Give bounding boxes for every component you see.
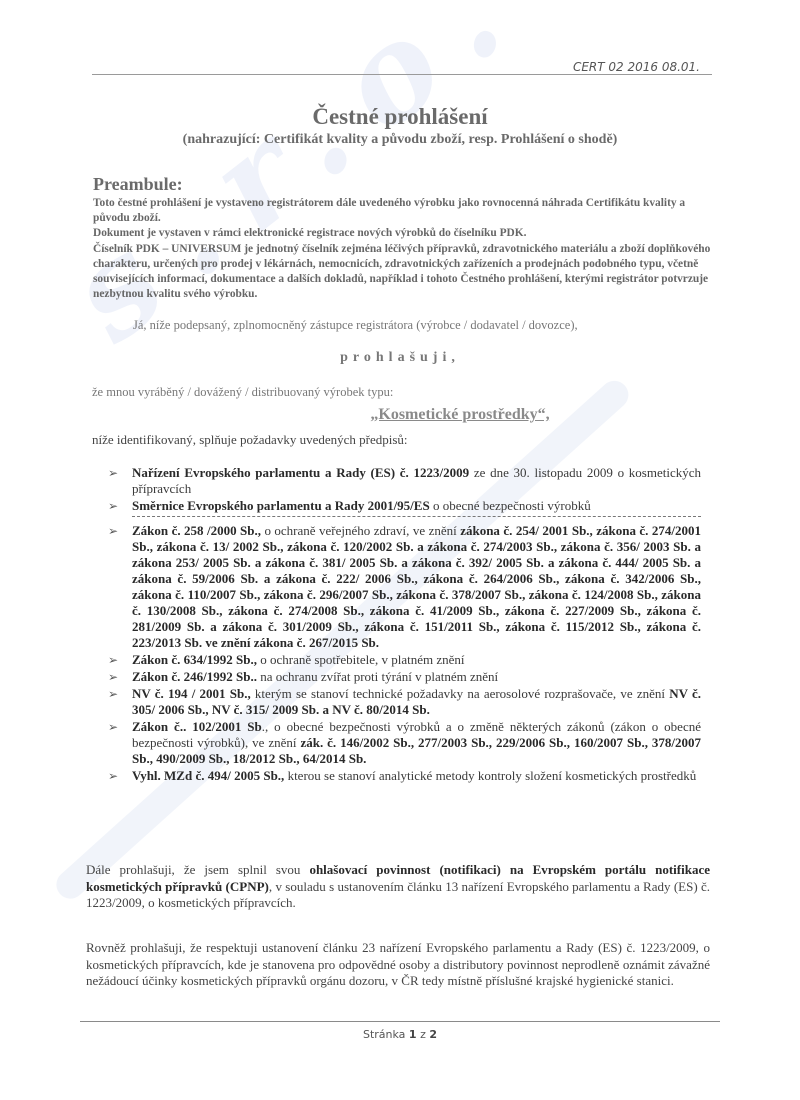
arrowhead-bullet-icon: ➢ [108, 669, 132, 685]
regulation-item: ➢NV č. 194 / 2001 Sb., kterým se stanoví… [108, 686, 701, 718]
document-subtitle: (nahrazující: Certifikát kvality a původ… [0, 132, 800, 148]
regulations-cz: ➢Zákon č. 258 /2000 Sb., o ochraně veřej… [108, 523, 701, 784]
notification-paragraph: Dále prohlašuji, že jsem splnil svou ohl… [86, 862, 710, 912]
preamble-paragraph: Číselník PDK – UNIVERSUM je jednotný čís… [93, 242, 713, 303]
declare-word: prohlašuji, [0, 350, 800, 366]
footer-divider [80, 1021, 720, 1022]
reporting-paragraph: Rovněž prohlašuji, že respektuji ustanov… [86, 940, 710, 990]
arrowhead-bullet-icon: ➢ [108, 523, 132, 651]
arrowhead-bullet-icon: ➢ [108, 686, 132, 718]
conformity-line: níže identifikovaný, splňuje požadavky u… [92, 432, 408, 448]
product-type: „Kosmetické prostředky“, [0, 406, 800, 424]
regulation-text: Vyhl. MZd č. 494/ 2005 Sb., kterou se st… [132, 768, 701, 784]
arrowhead-bullet-icon: ➢ [108, 768, 132, 784]
page-current: 1 [409, 1028, 417, 1041]
document-title: Čestné prohlášení [0, 104, 800, 130]
preamble-paragraph: Dokument je vystaven v rámci elektronick… [93, 226, 713, 241]
preamble-text: Toto čestné prohlášení je vystaveno regi… [93, 196, 713, 302]
regulation-item: ➢Zákon č. 258 /2000 Sb., o ochraně veřej… [108, 523, 701, 651]
regulation-item: ➢Zákon č. 634/1992 Sb., o ochraně spotře… [108, 652, 701, 668]
document-page: CERT 02 2016 08.01. Čestné prohlášení (n… [0, 0, 800, 1100]
regulation-text: Nařízení Evropského parlamentu a Rady (E… [132, 465, 701, 497]
arrowhead-bullet-icon: ➢ [108, 465, 132, 497]
header-divider [92, 74, 712, 75]
signer-line: Já, níže podepsaný, zplnomocněný zástupc… [133, 318, 578, 333]
page-total: 2 [429, 1028, 437, 1041]
preamble-paragraph: Toto čestné prohlášení je vystaveno regi… [93, 196, 713, 226]
regulation-text: Zákon č. 246/1992 Sb.. na ochranu zvířat… [132, 669, 701, 685]
regulation-item: ➢Vyhl. MZd č. 494/ 2005 Sb., kterou se s… [108, 768, 701, 784]
page-label: Stránka [363, 1028, 405, 1041]
document-code: CERT 02 2016 08.01. [573, 60, 700, 74]
regulation-text: Zákon č.. 102/2001 Sb., o obecné bezpečn… [132, 719, 701, 767]
regulation-text: NV č. 194 / 2001 Sb., kterým se stanoví … [132, 686, 701, 718]
dashed-separator [132, 516, 701, 517]
regulation-text: Směrnice Evropského parlamentu a Rady 20… [132, 498, 701, 514]
preamble-heading: Preambule: [93, 174, 183, 195]
regulations-eu: ➢Nařízení Evropského parlamentu a Rady (… [108, 465, 701, 514]
page-sep: z [420, 1028, 426, 1041]
arrowhead-bullet-icon: ➢ [108, 652, 132, 668]
regulations-list: ➢Nařízení Evropského parlamentu a Rady (… [108, 465, 701, 785]
regulation-text: Zákon č. 634/1992 Sb., o ochraně spotřeb… [132, 652, 701, 668]
regulation-item: ➢Směrnice Evropského parlamentu a Rady 2… [108, 498, 701, 514]
page-indicator: Stránka 1 z 2 [0, 1028, 800, 1041]
arrowhead-bullet-icon: ➢ [108, 719, 132, 767]
regulation-text: Zákon č. 258 /2000 Sb., o ochraně veřejn… [132, 523, 701, 651]
regulation-item: ➢Zákon č. 246/1992 Sb.. na ochranu zvířa… [108, 669, 701, 685]
regulation-item: ➢Nařízení Evropského parlamentu a Rady (… [108, 465, 701, 497]
arrowhead-bullet-icon: ➢ [108, 498, 132, 514]
regulation-item: ➢Zákon č.. 102/2001 Sb., o obecné bezpeč… [108, 719, 701, 767]
product-intro: že mnou vyráběný / dovážený / distribuov… [92, 385, 393, 400]
